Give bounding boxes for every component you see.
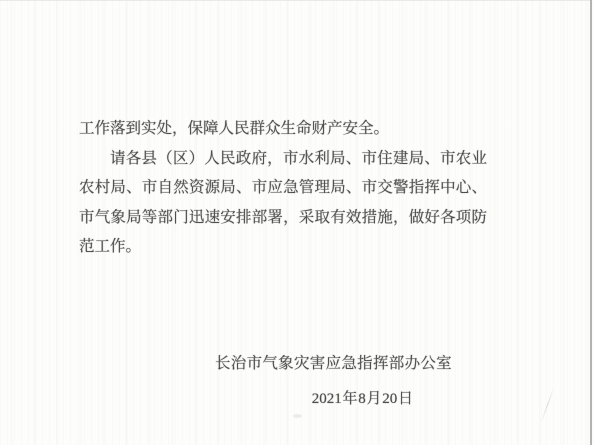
scan-smudge-mark — [293, 414, 302, 418]
body-line-5: 范工作。 — [79, 232, 487, 262]
signature-date: 2021 年 8 月 20 日 — [312, 389, 413, 409]
scan-top-edge — [0, 0, 594, 1]
body-line-2: 请各县（区）人民政府，市水利局、市住建局、市农业 — [79, 144, 487, 174]
signature-organization: 长治市气象灾害应急指挥部办公室 — [215, 352, 452, 376]
document-body: 工作落到实处，保障人民群众生命财产安全。 请各县（区）人民政府，市水利局、市住建… — [79, 114, 487, 262]
scan-crease-mark — [541, 387, 555, 423]
body-line-3: 农村局、市自然资源局、市应急管理局、市交警指挥中心、 — [79, 173, 487, 203]
body-line-4: 市气象局等部门迅速安排部署，采取有效措施，做好各项防 — [79, 203, 487, 233]
scanned-document-page: 工作落到实处，保障人民群众生命财产安全。 请各县（区）人民政府，市水利局、市住建… — [0, 0, 594, 445]
body-line-1: 工作落到实处，保障人民群众生命财产安全。 — [79, 114, 487, 144]
